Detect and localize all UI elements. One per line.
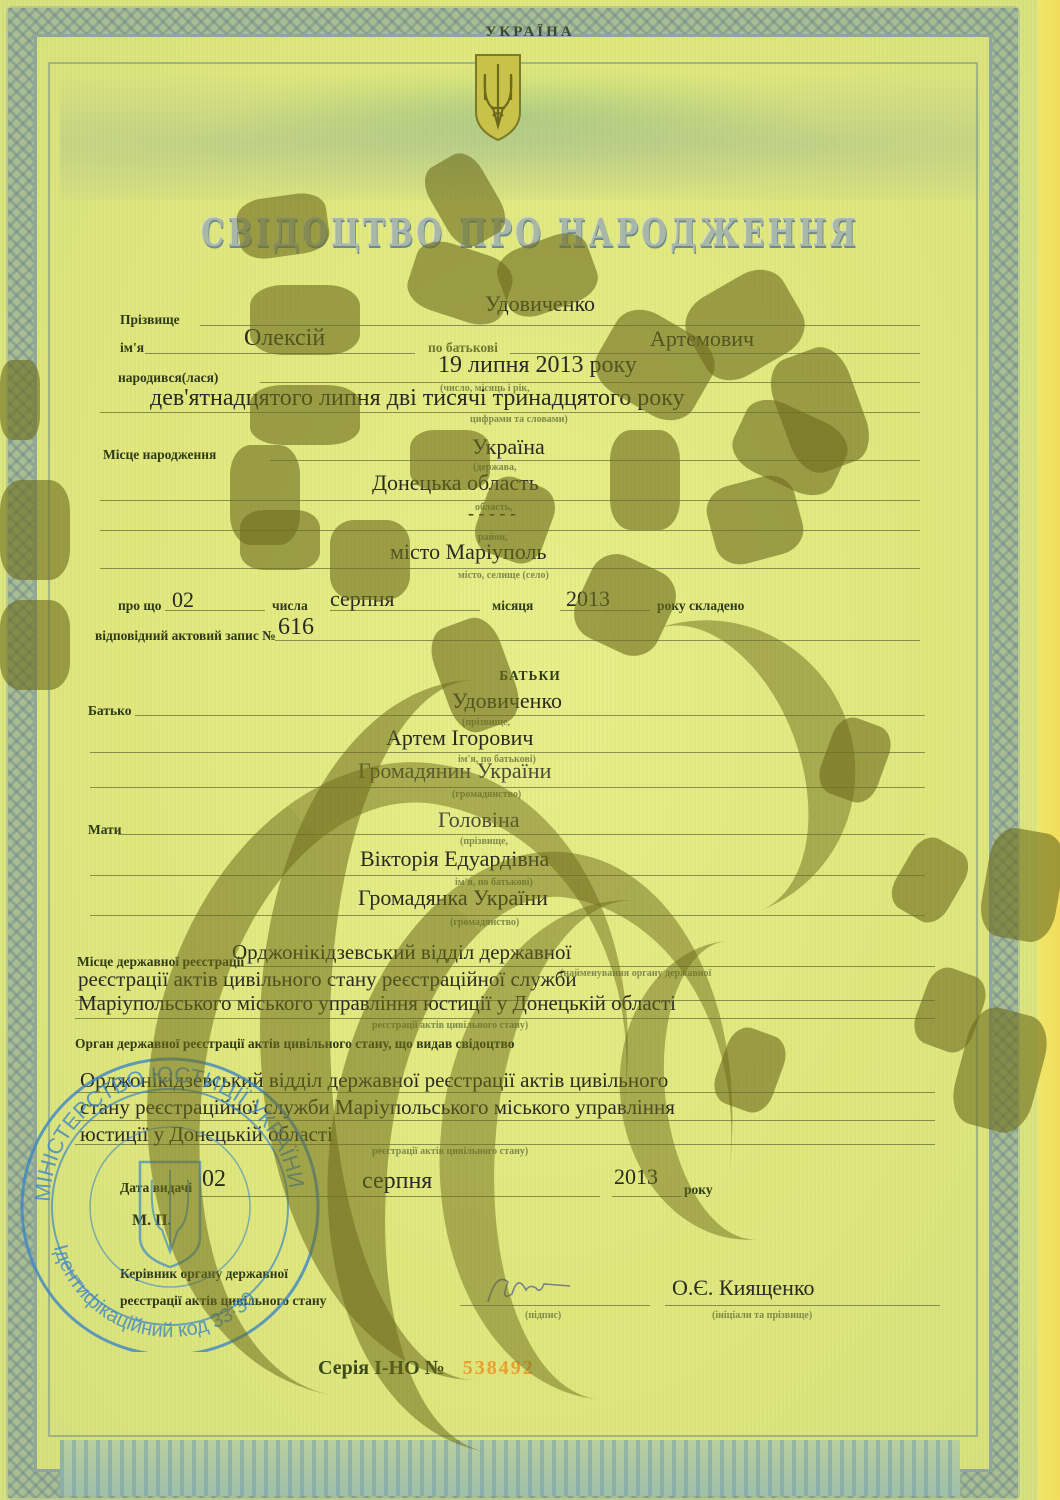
birthplace-label: Місце народження [103, 447, 216, 463]
record-day-label: числа [272, 598, 308, 614]
name-label: ім'я [120, 340, 144, 356]
birth-date-words-hint: цифрами та словами) [470, 414, 568, 425]
city-hint: місто, селище (село) [458, 570, 549, 581]
mother-label: Мати [88, 822, 122, 838]
born-label: народився(лася) [118, 370, 218, 386]
entry-number: 616 [278, 614, 314, 641]
trident-coat-of-arms-icon [473, 52, 523, 142]
birth-date-words: дев'ятнадцятого липня дві тисячі тринадц… [150, 385, 685, 412]
record-prefix: про що [118, 598, 162, 614]
parents-heading: БАТЬКИ [0, 668, 1060, 684]
surname-label: Прізвище [120, 312, 180, 328]
record-month-label: місяця [492, 598, 533, 614]
paper-edge [1038, 0, 1060, 1500]
record-day: 02 [172, 587, 194, 613]
entry-label: відповідний актовий запис № [95, 628, 276, 644]
country-heading: УКРАЇНА [0, 24, 1060, 41]
father-label: Батько [88, 703, 131, 719]
